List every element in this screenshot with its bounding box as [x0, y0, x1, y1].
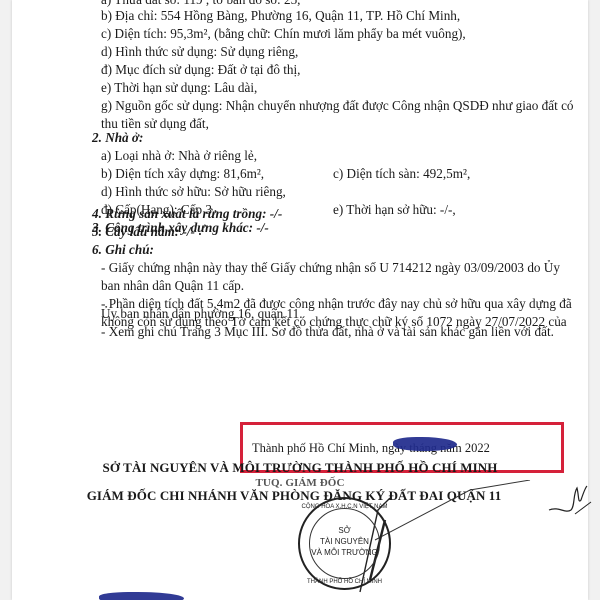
- house-heading: 2. Nhà ở:: [92, 130, 143, 145]
- house-ownership-form: d) Hình thức sở hữu: Sở hữu riêng,: [101, 184, 286, 199]
- land-address: b) Địa chỉ: 554 Hồng Bàng, Phường 16, Qu…: [101, 8, 460, 23]
- note-replacement-line2: ban nhân dân Quận 11 cấp.: [101, 278, 244, 293]
- land-origin-line2: thu tiền sử dụng đất,: [101, 116, 209, 131]
- date-redaction-mark: [393, 437, 457, 451]
- seal-center-3: VÀ MÔI TRƯỜNG: [300, 548, 389, 558]
- note-area-line3: Ủy ban nhân dân phường 16, quận 11.: [101, 306, 303, 321]
- house-type: a) Loại nhà ở: Nhà ở riêng lẻ,: [101, 148, 257, 163]
- land-usage-purpose: đ) Mục đích sử dụng: Đất ở tại đô thị,: [101, 62, 300, 77]
- land-parcel-number: a) Thửa đất số: 119 , tờ bản đồ số: 25,: [101, 0, 300, 7]
- note-replacement-line1: - Giấy chứng nhận này thay thế Giấy chứn…: [101, 260, 560, 275]
- land-origin: g) Nguồn gốc sử dụng: Nhận chuyển nhượng…: [101, 98, 574, 113]
- land-usage-term: e) Thời hạn sử dụng: Lâu dài,: [101, 80, 257, 95]
- note-see-page3: - Xem ghi chú Trang 3 Mục III. Sơ đồ thử…: [101, 324, 554, 339]
- ink-mark: [99, 592, 184, 600]
- house-ownership-term: e) Thời hạn sở hữu: -/-,: [333, 202, 456, 217]
- section-notes-heading: 6. Ghi chú:: [92, 242, 154, 257]
- land-area: c) Diện tích: 95,3m², (bằng chữ: Chín mư…: [101, 26, 466, 41]
- seal-center-2: TÀI NGUYÊN: [300, 537, 389, 547]
- section-perennial-trees: 5. Cây lâu năm: -/-: [92, 224, 195, 239]
- land-usage-form: d) Hình thức sử dụng: Sử dụng riêng,: [101, 44, 298, 59]
- seal-ring-top: CỘNG HÒA X.H.C.N VIỆT NAM: [300, 502, 389, 512]
- seal-ring-bottom: THÀNH PHỐ HỒ CHÍ MINH: [300, 577, 389, 587]
- seal-center-1: SỞ: [300, 526, 389, 536]
- agency-name: SỞ TÀI NGUYÊN VÀ MÔI TRƯỜNG THÀNH PHỐ HỒ…: [0, 460, 600, 475]
- house-construction-area: b) Diện tích xây dựng: 81,6m²,: [101, 166, 264, 181]
- section-production-forest: 4. Rừng sản xuất là rừng trồng: -/-: [92, 206, 282, 221]
- official-seal: CỘNG HÒA X.H.C.N VIỆT NAM SỞ TÀI NGUYÊN …: [298, 497, 391, 590]
- signature-mark: [545, 480, 595, 520]
- house-floor-area: c) Diện tích sàn: 492,5m²,: [333, 166, 470, 181]
